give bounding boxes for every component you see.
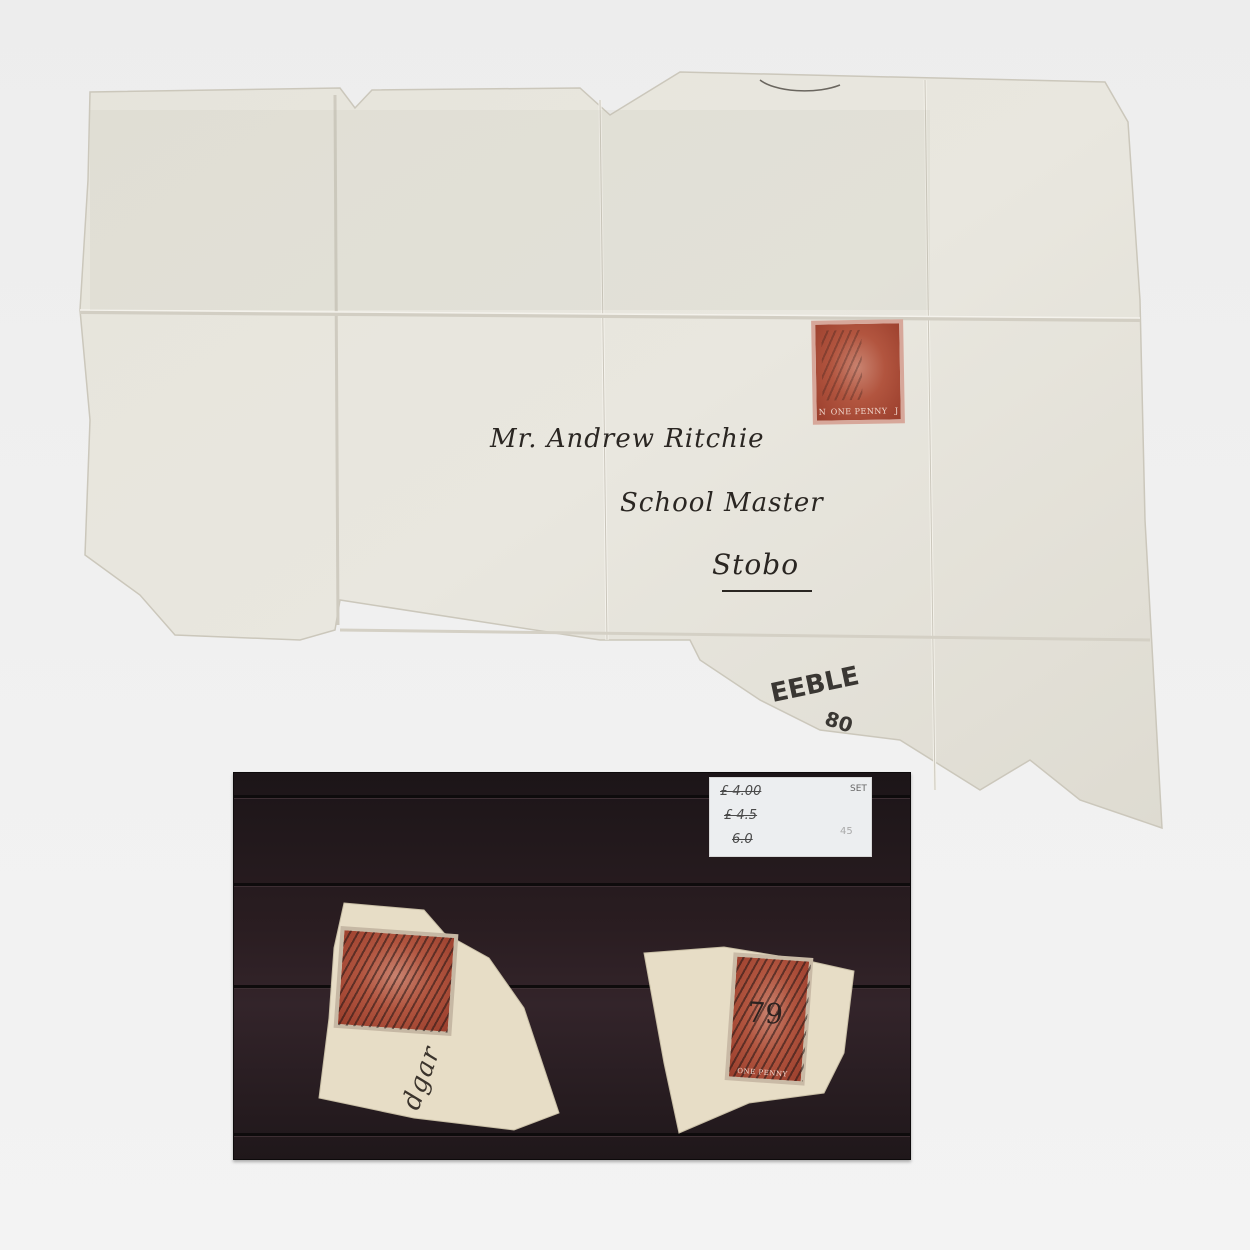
penny-red-imperf-stamp-left: [334, 926, 459, 1036]
price-line-2: £ 4.5: [724, 808, 757, 823]
address-underline: [722, 590, 812, 592]
pencil-price: 45: [840, 826, 853, 837]
letter-paper-shape: [0, 0, 1250, 840]
penny-red-stamp: ONE PENNY N J: [811, 319, 905, 425]
address-line-title: School Master: [620, 488, 824, 518]
cancel-lines: [338, 930, 454, 1032]
cancel-number: 79: [746, 996, 784, 1031]
price-label: £ 4.00 SET £ 4.5 6.0 45: [709, 777, 872, 857]
stamp-denomination: ONE PENNY: [831, 406, 888, 416]
address-line-place: Stobo: [712, 548, 799, 581]
label-note: SET: [850, 784, 867, 794]
price-line-3: 6.0: [732, 832, 753, 847]
address-line-name: Mr. Andrew Ritchie: [490, 424, 765, 454]
stamp-corner-right: J: [895, 406, 899, 415]
penny-red-imperf-stamp-right: 79 ONE PENNY: [725, 952, 814, 1085]
price-line-1: £ 4.00: [720, 784, 761, 799]
stamp-corner-left: N: [819, 408, 827, 417]
folded-letter: ONE PENNY N J Mr. Andrew Ritchie School …: [0, 0, 1250, 840]
stock-card-strip: [234, 883, 910, 887]
cancel-lines: [821, 330, 862, 401]
